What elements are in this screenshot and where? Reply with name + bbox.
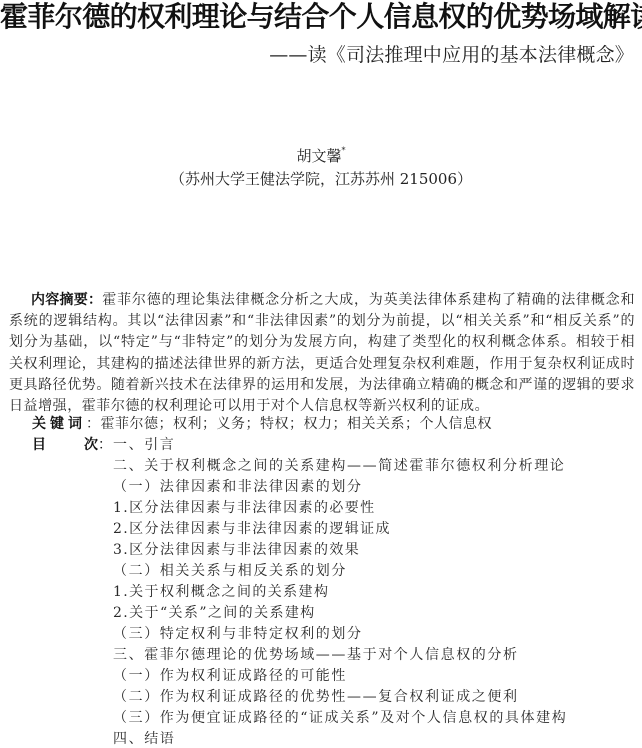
toc-item: 2.区分法律因素与非法律因素的逻辑证成 bbox=[113, 519, 391, 540]
paper-title: 霍菲尔德的权利理论与结合个人信息权的优势场域解读 bbox=[0, 0, 642, 34]
toc-item: （三）特定权利与非特定权利的划分 bbox=[113, 624, 363, 645]
keywords: 关键词：霍菲尔德；权利；义务；特权；权力；相关关系；个人信息权 bbox=[32, 414, 492, 435]
keywords-text: 霍菲尔德；权利；义务；特权；权力；相关关系；个人信息权 bbox=[101, 416, 493, 432]
toc-item: 一、引言 bbox=[113, 435, 175, 456]
toc-item: 二、关于权利概念之间的关系建构——简述霍菲尔德权利分析理论 bbox=[113, 456, 565, 477]
toc-item: 三、霍菲尔德理论的优势场域——基于对个人信息权的分析 bbox=[113, 645, 519, 666]
toc-item: （三）作为便宜证成路径的“证成关系”及对个人信息权的具体建构 bbox=[113, 708, 567, 729]
toc-label: 目次： bbox=[32, 435, 107, 456]
toc-item: （一）法律因素和非法律因素的划分 bbox=[113, 477, 363, 498]
author-line: 胡文馨* bbox=[0, 146, 642, 166]
toc-item: 2.关于“关系”之间的关系建构 bbox=[113, 603, 316, 624]
author-footnote-mark: * bbox=[342, 146, 346, 155]
toc-item: 1.区分法律因素与非法律因素的必要性 bbox=[113, 498, 376, 519]
toc-item: 3.区分法律因素与非法律因素的效果 bbox=[113, 540, 360, 561]
keywords-colon: ： bbox=[86, 416, 101, 432]
toc-item: （二）相关关系与相反关系的划分 bbox=[113, 561, 347, 582]
toc-label-text: 目次： bbox=[32, 435, 107, 456]
toc-item: （一）作为权利证成路径的可能性 bbox=[113, 666, 347, 687]
toc-item: 1.关于权利概念之间的关系建构 bbox=[113, 582, 329, 603]
abstract-text: 霍菲尔德的理论集法律概念分析之大成，为英美法律体系建构了精确的法律概念和系统的逻… bbox=[9, 292, 635, 414]
author-name: 胡文馨 bbox=[296, 147, 341, 165]
abstract: 内容摘要：霍菲尔德的理论集法律概念分析之大成，为英美法律体系建构了精确的法律概念… bbox=[9, 290, 635, 417]
toc-label-colon: ： bbox=[98, 437, 112, 453]
toc-label-second: 次 bbox=[84, 437, 98, 453]
toc-label-first: 目 bbox=[32, 435, 84, 456]
paper-subtitle: ——读《司法推理中应用的基本法律概念》 bbox=[269, 42, 634, 68]
toc-item: （二）作为权利证成路径的优势性——复合权利证成之便利 bbox=[113, 687, 519, 708]
toc-item: 四、结语 bbox=[113, 729, 175, 748]
author-affiliation: （苏州大学王健法学院，江苏苏州 215006） bbox=[0, 169, 642, 189]
keywords-label: 关键词 bbox=[32, 416, 86, 432]
abstract-label: 内容摘要： bbox=[31, 292, 102, 308]
